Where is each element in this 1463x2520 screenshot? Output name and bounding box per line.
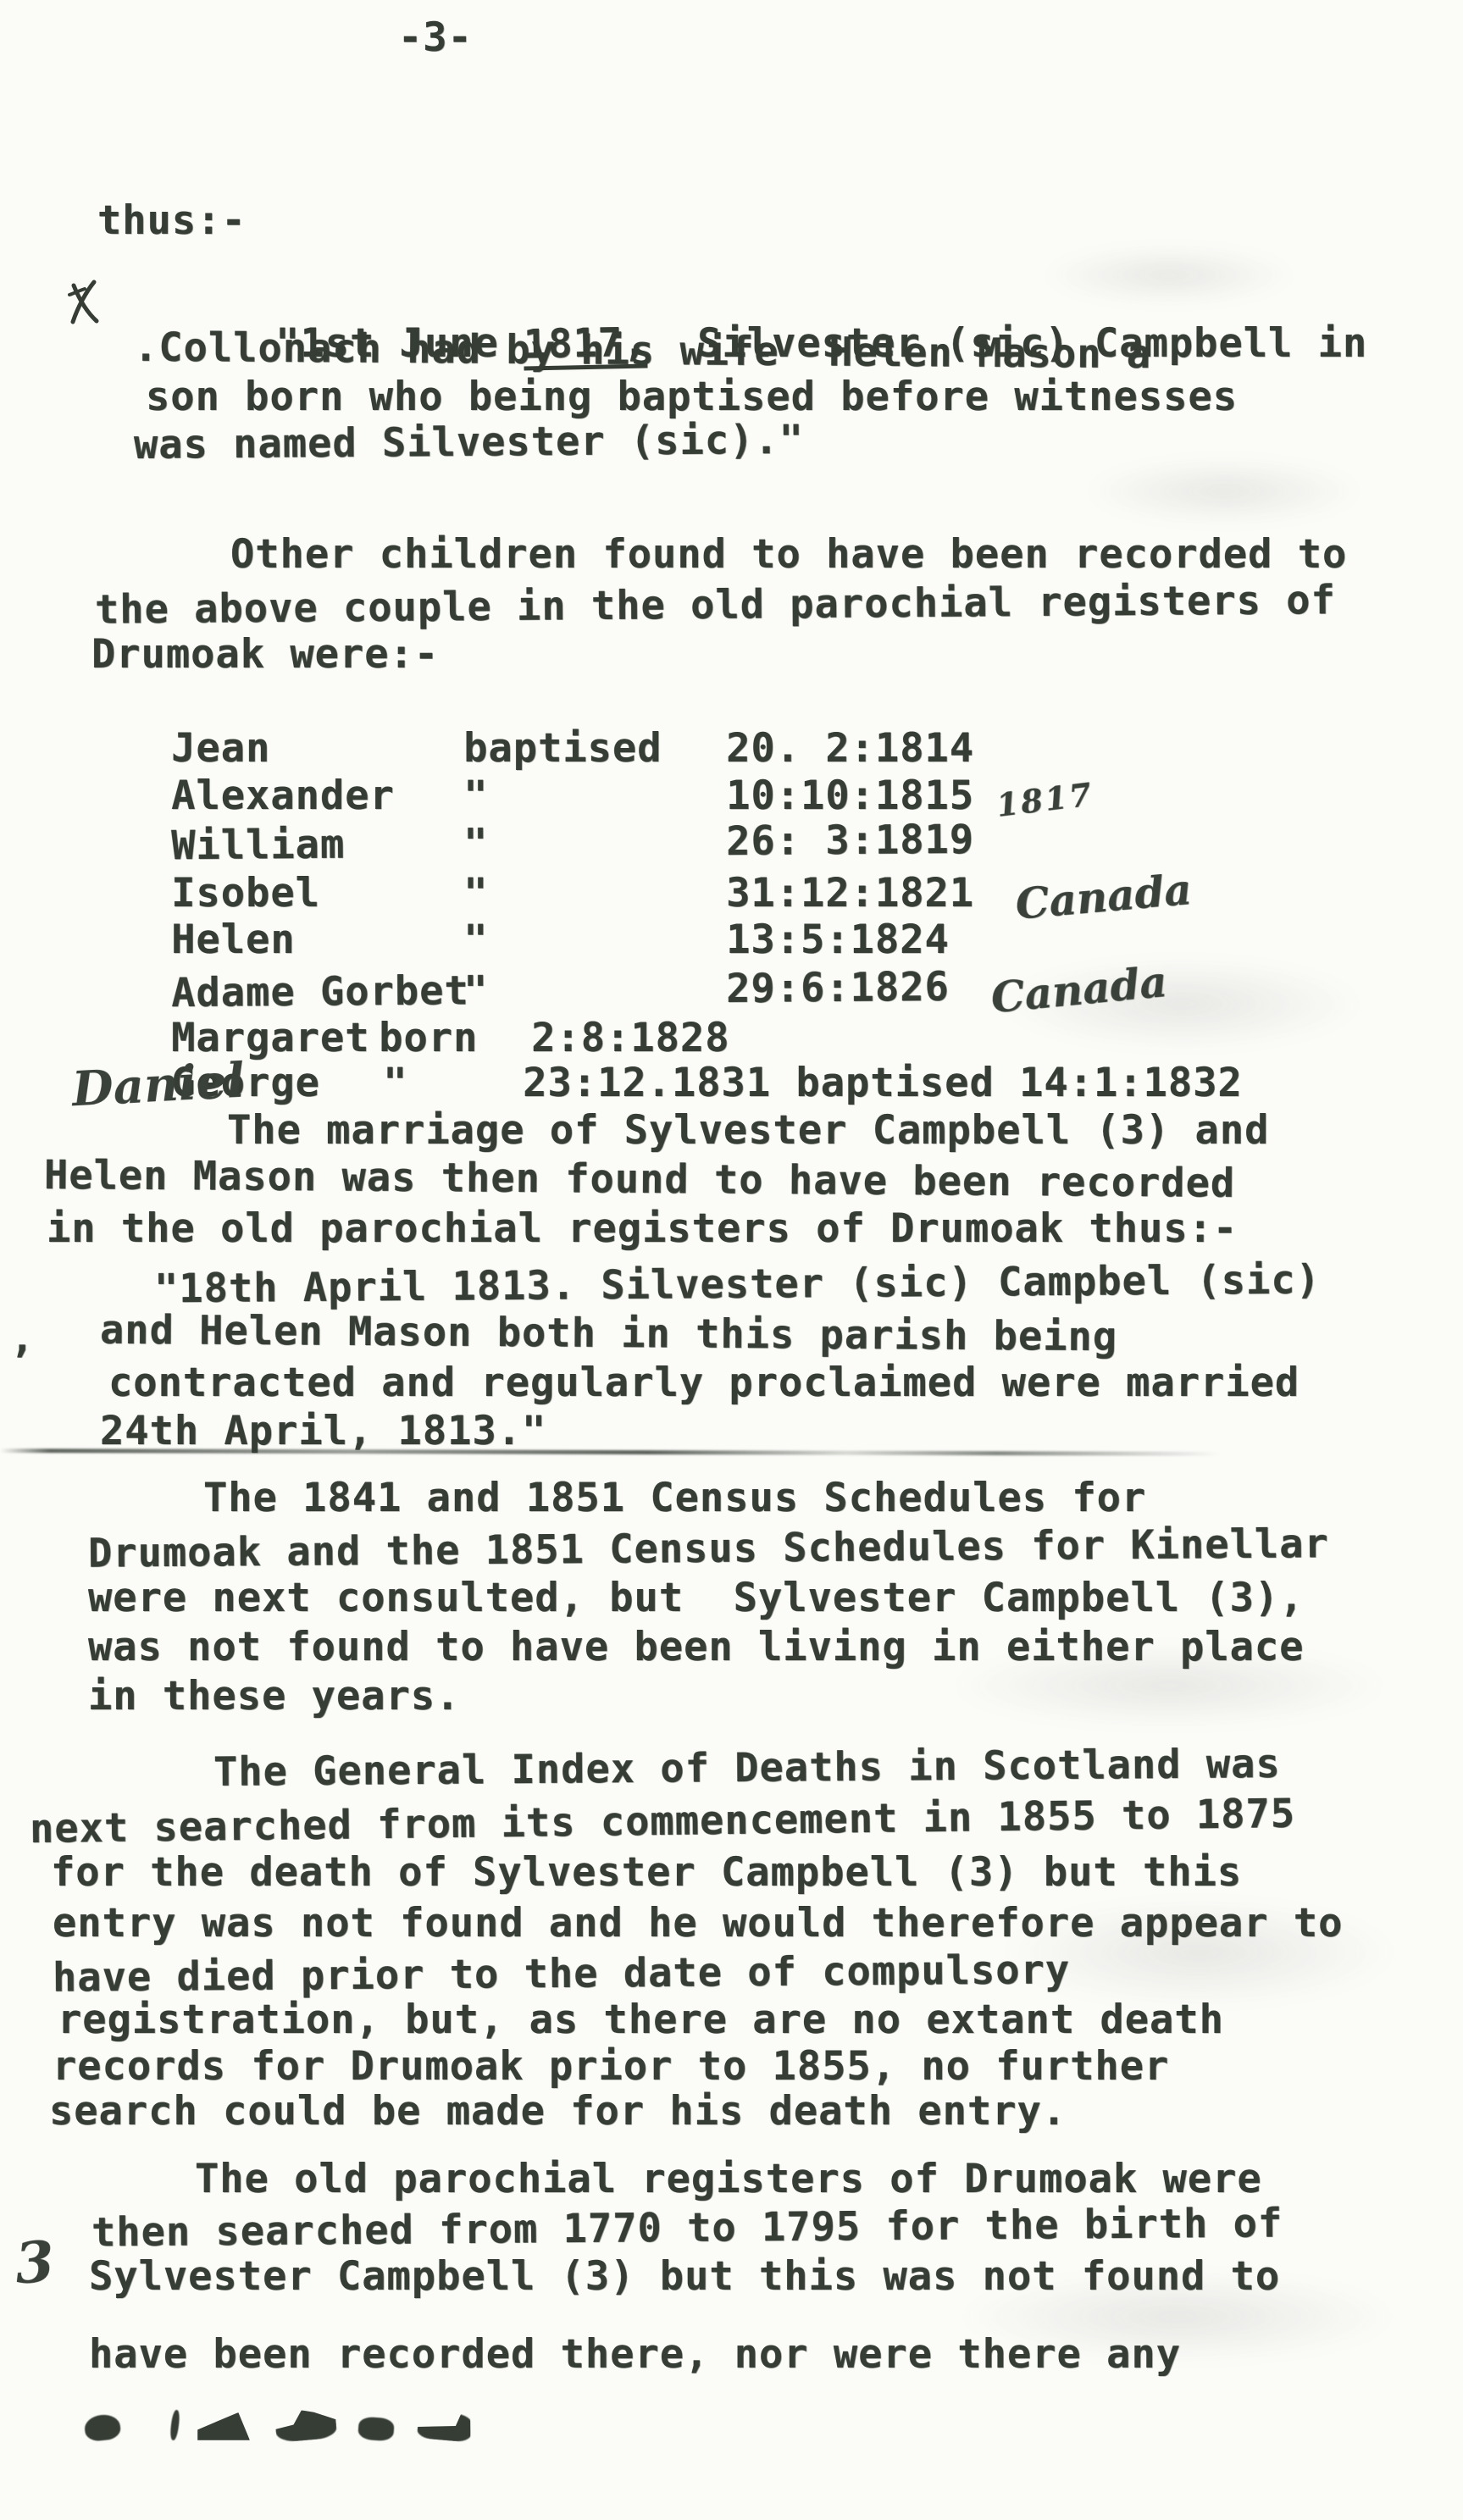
quote-marriage-line2: and Helen Mason both in this parish bein… [100, 1310, 1117, 1359]
para-children-line2: the above couple in the old parochial re… [95, 579, 1336, 631]
page-number: -3- [398, 17, 473, 58]
para-marriage-line1: The marriage of Sylvester Campbell (3) a… [227, 1110, 1269, 1151]
cutoff-text-fragments [85, 2410, 472, 2440]
cutoff-fragment [84, 2413, 122, 2442]
quote-marriage-line4: 24th April, 1813." [100, 1410, 546, 1452]
para-deaths-line6: registration, but, as there are no extan… [58, 1999, 1224, 2041]
para-children-line1: Other children found to have been record… [230, 534, 1347, 575]
para-census-line1: The 1841 and 1851 Census Schedules for [203, 1477, 1146, 1519]
quote-baptism-line4: was named Silvester (sic)." [134, 419, 804, 467]
para-census-line2: Drumoak and the 1851 Census Schedules fo… [88, 1523, 1329, 1575]
document-scan: -3- thus:- "1st June 1817, Silvester (si… [0, 0, 1463, 2520]
handwritten-margin-3: 3 [13, 2228, 56, 2296]
para-opr-line3: Sylvester Campbell (3) but this was not … [89, 2256, 1280, 2297]
child-date: 29:6:1826 [726, 966, 950, 1010]
quote-baptism-line3: son born who being baptised before witne… [146, 376, 1238, 418]
handwritten-canada: Canada [989, 960, 1168, 1021]
handwritten-canada: Canada [1014, 867, 1194, 927]
handwritten-annotation: 1817 [995, 778, 1095, 822]
para-opr-line4: have been recorded there, nor were there… [89, 2334, 1181, 2375]
para-deaths-line7: records for Drumoak prior to 1855, no fu… [53, 2046, 1169, 2087]
intro-line: thus:- [97, 200, 247, 241]
child-date: 23:12.1831 baptised 14:1:1832 [523, 1062, 1243, 1104]
bleed-smudge [1084, 457, 1364, 525]
cutoff-fragment [169, 2410, 180, 2441]
para-opr-line1: The old parochial registers of Drumoak w… [195, 2158, 1262, 2200]
para-deaths-line2: next searched from its commencement in 1… [30, 1793, 1296, 1851]
cutoff-fragment [274, 2407, 338, 2443]
para-marriage-line3: in the old parochial registers of Drumoa… [47, 1208, 1238, 1249]
cutoff-fragment [417, 2410, 474, 2442]
quote-marriage-line3: contracted and regularly proclaimed were… [108, 1362, 1300, 1404]
para-deaths-line8: search could be made for his death entry… [49, 2091, 1067, 2132]
para-deaths-line5: have died prior to the date of compulsor… [53, 1949, 1071, 1999]
para-deaths-line1: The General Index of Deaths in Scotland … [213, 1743, 1281, 1793]
para-deaths-line4: entry was not found and he would therefo… [53, 1902, 1343, 1944]
cutoff-fragment [357, 2417, 395, 2442]
para-deaths-line3: for the death of Sylvester Campbell (3) … [51, 1852, 1242, 1893]
ink-smear-line [0, 1448, 1245, 1456]
para-marriage-line2: Helen Mason was then found to have been … [44, 1155, 1236, 1205]
quote-marriage-line1: "18th April 1813. Silvester (sic) Campbe… [154, 1260, 1321, 1310]
quote-baptism-line2: .Collonach had by his wife Helen Mason a [134, 327, 1151, 376]
para-census-line5: in these years. [88, 1675, 460, 1717]
handwritten-daniel: Daniel [70, 1053, 246, 1118]
ditto-mark: " [383, 1062, 523, 1104]
stray-mark: , [10, 1318, 35, 1360]
margin-x-mark-icon [66, 278, 103, 330]
para-census-line3: were next consulted, but Sylvester Campb… [88, 1577, 1305, 1619]
para-children-line3: Drumoak were:- [91, 634, 439, 675]
para-opr-line2: then searched from 1770 to 1795 for the … [91, 2202, 1283, 2253]
para-census-line4: was not found to have been living in eit… [88, 1626, 1305, 1668]
cutoff-fragment [197, 2412, 250, 2440]
